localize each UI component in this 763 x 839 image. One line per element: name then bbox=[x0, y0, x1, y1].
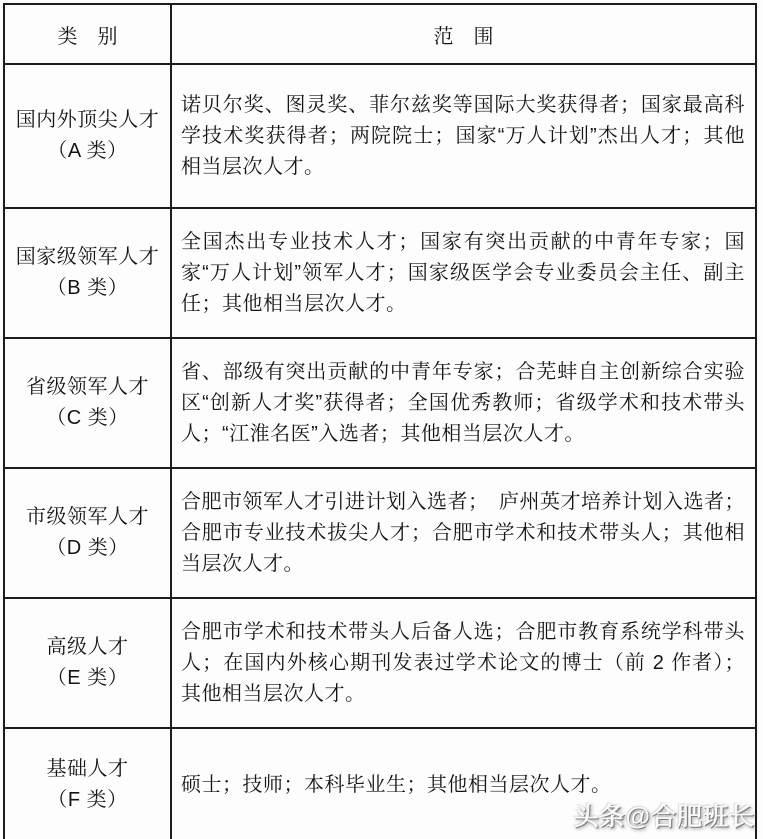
category-grade: （B 类） bbox=[47, 273, 128, 304]
scope-cell: 硕士；技师；本科毕业生；其他相当层次人才。 bbox=[172, 729, 755, 839]
category-grade: （E 类） bbox=[47, 663, 128, 694]
scope-cell: 诺贝尔奖、图灵奖、菲尔兹奖等国际大奖获得者；国家最高科学技术奖获得者；两院院士；… bbox=[172, 65, 755, 207]
scope-text: 合肥市领军人才引进计划入选者； 庐州英才培养计划入选者；合肥市专业技术拔尖人才；… bbox=[181, 487, 745, 580]
category-grade: （F 类） bbox=[47, 785, 127, 816]
header-cell-scope: 范 围 bbox=[172, 5, 755, 63]
scope-cell: 全国杰出专业技术人才；国家有突出贡献的中青年专家；国家“万人计划”领军人才；国家… bbox=[172, 209, 755, 337]
category-cell: 省级领军人才 （C 类） bbox=[5, 339, 172, 467]
category-name: 国内外顶尖人才 bbox=[16, 105, 160, 136]
header-cell-category: 类 别 bbox=[5, 5, 172, 63]
scope-cell: 合肥市学术和技术带头人后备人选；合肥市教育系统学科带头人；在国内外核心期刊发表过… bbox=[172, 599, 755, 727]
scope-text: 省、部级有突出贡献的中青年专家；合芜蚌自主创新综合实验区“创新人才奖”获得者；全… bbox=[181, 357, 745, 450]
scope-text: 诺贝尔奖、图灵奖、菲尔兹奖等国际大奖获得者；国家最高科学技术奖获得者；两院院士；… bbox=[181, 90, 745, 183]
table-row-e: 高级人才 （E 类） 合肥市学术和技术带头人后备人选；合肥市教育系统学科带头人；… bbox=[5, 599, 755, 729]
table-row-a: 国内外顶尖人才 （A 类） 诺贝尔奖、图灵奖、菲尔兹奖等国际大奖获得者；国家最高… bbox=[5, 65, 755, 209]
category-name: 基础人才 bbox=[47, 754, 129, 785]
talent-category-table: 类 别 范 围 国内外顶尖人才 （A 类） 诺贝尔奖、图灵奖、菲尔兹奖等国际大奖… bbox=[3, 3, 757, 839]
category-cell: 基础人才 （F 类） bbox=[5, 729, 172, 839]
scope-cell: 省、部级有突出贡献的中青年专家；合芜蚌自主创新综合实验区“创新人才奖”获得者；全… bbox=[172, 339, 755, 467]
category-cell: 国家级领军人才 （B 类） bbox=[5, 209, 172, 337]
scope-text: 硕士；技师；本科毕业生；其他相当层次人才。 bbox=[181, 770, 612, 801]
category-grade: （C 类） bbox=[46, 403, 129, 434]
category-name: 高级人才 bbox=[47, 632, 129, 663]
category-name: 省级领军人才 bbox=[26, 372, 149, 403]
table-row-f: 基础人才 （F 类） 硕士；技师；本科毕业生；其他相当层次人才。 bbox=[5, 729, 755, 839]
category-name: 市级领军人才 bbox=[26, 502, 149, 533]
category-cell: 国内外顶尖人才 （A 类） bbox=[5, 65, 172, 207]
category-grade: （D 类） bbox=[46, 533, 129, 564]
category-cell: 市级领军人才 （D 类） bbox=[5, 469, 172, 597]
category-grade: （A 类） bbox=[47, 136, 127, 167]
scope-cell: 合肥市领军人才引进计划入选者； 庐州英才培养计划入选者；合肥市专业技术拔尖人才；… bbox=[172, 469, 755, 597]
scope-text: 全国杰出专业技术人才；国家有突出贡献的中青年专家；国家“万人计划”领军人才；国家… bbox=[181, 227, 745, 320]
table-header-row: 类 别 范 围 bbox=[5, 5, 755, 65]
table-row-d: 市级领军人才 （D 类） 合肥市领军人才引进计划入选者； 庐州英才培养计划入选者… bbox=[5, 469, 755, 599]
table-row-b: 国家级领军人才 （B 类） 全国杰出专业技术人才；国家有突出贡献的中青年专家；国… bbox=[5, 209, 755, 339]
table-row-c: 省级领军人才 （C 类） 省、部级有突出贡献的中青年专家；合芜蚌自主创新综合实验… bbox=[5, 339, 755, 469]
category-name: 国家级领军人才 bbox=[16, 242, 160, 273]
category-cell: 高级人才 （E 类） bbox=[5, 599, 172, 727]
scope-text: 合肥市学术和技术带头人后备人选；合肥市教育系统学科带头人；在国内外核心期刊发表过… bbox=[181, 617, 745, 710]
